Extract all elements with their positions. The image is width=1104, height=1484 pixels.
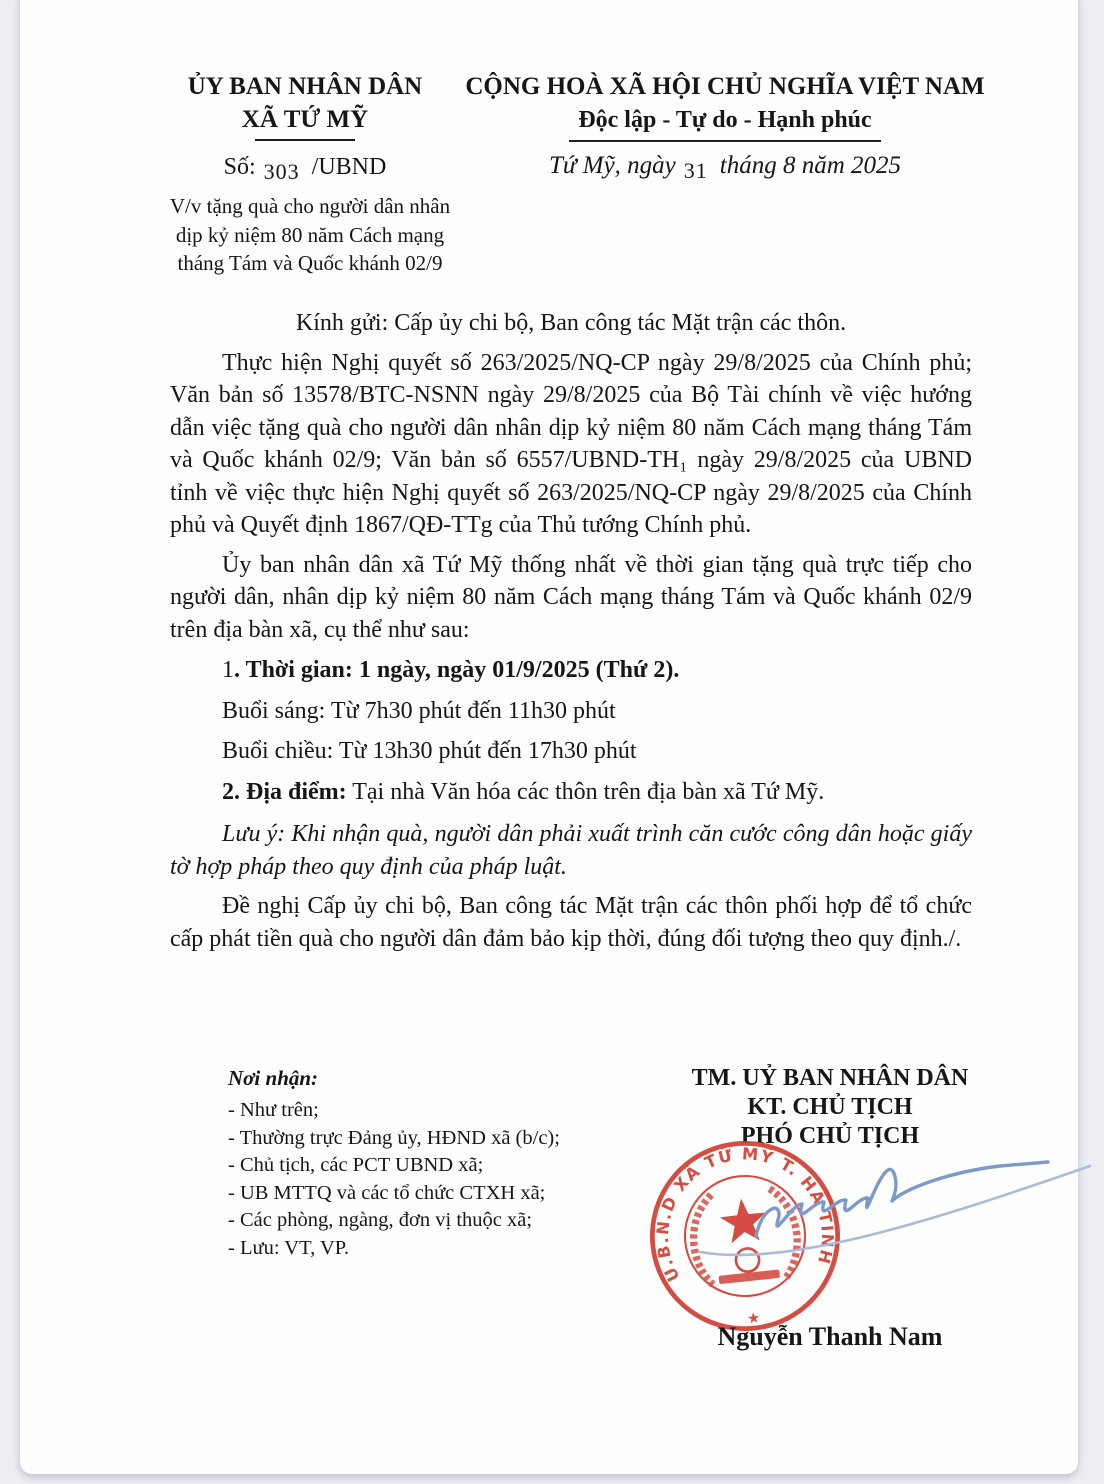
recipient-item: - Các phòng, ngàng, đơn vị thuộc xã; [228, 1207, 648, 1235]
date-line: Tứ Mỹ, ngày31tháng 8 năm 2025 [450, 152, 1000, 180]
salutation: Kính gửi: Cấp ủy chi bộ, Ban công tác Mặ… [170, 307, 972, 340]
doc-number: Số:303/UBND [120, 154, 490, 181]
handwritten-signature [660, 1106, 1104, 1281]
signer-name: Nguyễn Thanh Nam [580, 1322, 1080, 1352]
recipient-item: - UB MTTQ và các tổ chức CTXH xã; [228, 1180, 648, 1208]
document-viewer-canvas: ỦY BAN NHÂN DÂN XÃ TỨ MỸ CỘNG HOÀ XÃ HỘI… [0, 0, 1104, 1484]
signer-org: TM. UỶ BAN NHÂN DÂN [580, 1064, 1080, 1093]
subject-block: V/v tặng quà cho người dân nhân dịp kỷ n… [140, 192, 480, 278]
item-time: 1. Thời gian: 1 ngày, ngày 01/9/2025 (Th… [170, 654, 972, 687]
subject-line: tháng Tám và Quốc khánh 02/9 [140, 249, 480, 278]
issuer-name-line2: XÃ TỨ MỸ [120, 103, 490, 136]
note-paragraph: Lưu ý: Khi nhận quà, người dân phải xuất… [170, 818, 972, 883]
document-page: ỦY BAN NHÂN DÂN XÃ TỨ MỸ CỘNG HOÀ XÃ HỘI… [20, 0, 1078, 1474]
document-body: Kính gửi: Cấp ủy chi bộ, Ban công tác Mặ… [170, 307, 972, 955]
recipient-item: - Lưu: VT, VP. [228, 1235, 648, 1263]
doc-number-suffix: /UBND [312, 154, 387, 180]
time-morning: Buổi sáng: Từ 7h30 phút đến 11h30 phút [170, 695, 972, 728]
motto-underline [569, 140, 881, 142]
issuer-underline [255, 139, 355, 141]
date-suffix: tháng 8 năm 2025 [720, 152, 901, 179]
national-motto-line1: CỘNG HOÀ XÃ HỘI CHỦ NGHĨA VIỆT NAM [450, 70, 1000, 103]
doc-number-label: Số: [224, 154, 256, 180]
paragraph-legal-basis: Thực hiện Nghị quyết số 263/2025/NQ-CP n… [170, 347, 972, 542]
date-prefix: Tứ Mỹ, ngày [549, 152, 676, 179]
item-location: 2. Địa điểm: Tại nhà Văn hóa các thôn tr… [170, 776, 972, 809]
issuer-header: ỦY BAN NHÂN DÂN XÃ TỨ MỸ [120, 70, 490, 141]
time-afternoon: Buổi chiều: Từ 13h30 phút đến 17h30 phút [170, 735, 972, 768]
subject-line: V/v tặng quà cho người dân nhân [140, 192, 480, 221]
signature-graphic [660, 1106, 1104, 1281]
closing-paragraph: Đề nghị Cấp ủy chi bộ, Ban công tác Mặt … [170, 890, 972, 955]
doc-number-value: 303 [264, 159, 300, 184]
date-day: 31 [684, 158, 708, 183]
issuer-name-line1: ỦY BAN NHÂN DÂN [120, 70, 490, 103]
national-header: CỘNG HOÀ XÃ HỘI CHỦ NGHĨA VIỆT NAM Độc l… [450, 70, 1000, 142]
subject-line: dịp kỷ niệm 80 năm Cách mạng [140, 221, 480, 250]
paragraph-decision: Ủy ban nhân dân xã Tứ Mỹ thống nhất về t… [170, 549, 972, 647]
national-motto-line2: Độc lập - Tự do - Hạnh phúc [450, 104, 1000, 137]
recipient-item: - Chủ tịch, các PCT UBND xã; [228, 1152, 648, 1180]
